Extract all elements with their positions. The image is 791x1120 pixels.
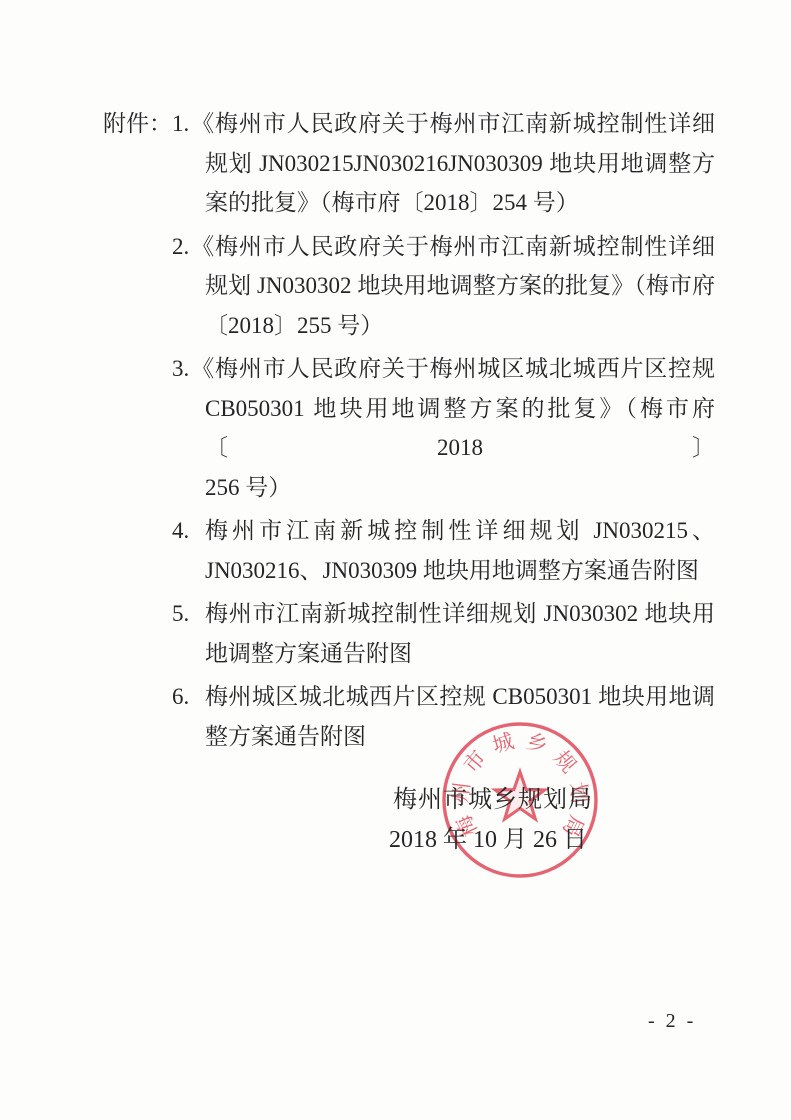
item-text: 梅州市江南新城控制性详细规划 JN030302 地块用 地调整方案通告附图 xyxy=(205,594,715,673)
item-line: 梅州市江南新城控制性详细规划 JN030215、 xyxy=(205,511,715,551)
signature-agency: 梅州市城乡规划局 xyxy=(393,786,593,814)
item-text: 《梅州市人民政府关于梅州市江南新城控制性详细 规划 JN030302 地块用地调… xyxy=(205,227,715,346)
item-number: 6. xyxy=(172,677,205,756)
attachment-item: 4. 梅州市江南新城控制性详细规划 JN030215、 JN030216、JN0… xyxy=(172,511,715,590)
attachments-block: 附件： 1. 《梅州市人民政府关于梅州市江南新城控制性详细 规划 JN03021… xyxy=(103,104,703,760)
item-line: 《梅州市人民政府关于梅州市江南新城控制性详细 xyxy=(205,104,715,144)
attachment-item: 5. 梅州市江南新城控制性详细规划 JN030302 地块用 地调整方案通告附图 xyxy=(172,594,715,673)
item-line: CB050301 地块用地调整方案的批复》（梅市府〔2018〕 xyxy=(205,389,715,468)
item-line: 案的批复》（梅市府〔2018〕254 号） xyxy=(205,183,715,223)
item-line: 256 号） xyxy=(205,468,715,508)
document-page: 附件： 1. 《梅州市人民政府关于梅州市江南新城控制性详细 规划 JN03021… xyxy=(0,0,791,1120)
seal-ring-char: 乡 xyxy=(523,729,550,758)
item-text: 梅州市江南新城控制性详细规划 JN030215、 JN030216、JN0303… xyxy=(205,511,715,590)
item-number: 4. xyxy=(172,511,205,590)
item-number: 5. xyxy=(172,594,205,673)
item-text: 《梅州市人民政府关于梅州城区城北城西片区控规 CB050301 地块用地调整方案… xyxy=(205,349,715,507)
item-line: 〔2018〕255 号） xyxy=(205,306,715,346)
attachment-item: 1. 《梅州市人民政府关于梅州市江南新城控制性详细 规划 JN030215JN0… xyxy=(172,104,715,223)
page-number: - 2 - xyxy=(648,1010,696,1033)
signature-date: 2018 年 10 月 26 日 xyxy=(389,826,587,854)
item-line: 地调整方案通告附图 xyxy=(205,634,715,674)
item-line: 规划 JN030215JN030216JN030309 地块用地调整方 xyxy=(205,144,715,184)
attachment-item: 3. 《梅州市人民政府关于梅州城区城北城西片区控规 CB050301 地块用地调… xyxy=(172,349,715,507)
attachments-label: 附件： xyxy=(103,104,172,144)
item-text: 《梅州市人民政府关于梅州市江南新城控制性详细 规划 JN030215JN0302… xyxy=(205,104,715,223)
item-line: 规划 JN030302 地块用地调整方案的批复》（梅市府 xyxy=(205,266,715,306)
attachments-list: 1. 《梅州市人民政府关于梅州市江南新城控制性详细 规划 JN030215JN0… xyxy=(172,104,715,760)
seal-ring-char: 城 xyxy=(490,729,517,758)
attachment-item: 2. 《梅州市人民政府关于梅州市江南新城控制性详细 规划 JN030302 地块… xyxy=(172,227,715,346)
item-line: 《梅州市人民政府关于梅州市江南新城控制性详细 xyxy=(205,227,715,267)
item-line: 《梅州市人民政府关于梅州城区城北城西片区控规 xyxy=(205,349,715,389)
item-line: JN030216、JN030309 地块用地调整方案通告附图 xyxy=(205,551,715,591)
item-line: 梅州城区城北城西片区控规 CB050301 地块用地调 xyxy=(205,677,715,717)
item-line: 梅州市江南新城控制性详细规划 JN030302 地块用 xyxy=(205,594,715,634)
